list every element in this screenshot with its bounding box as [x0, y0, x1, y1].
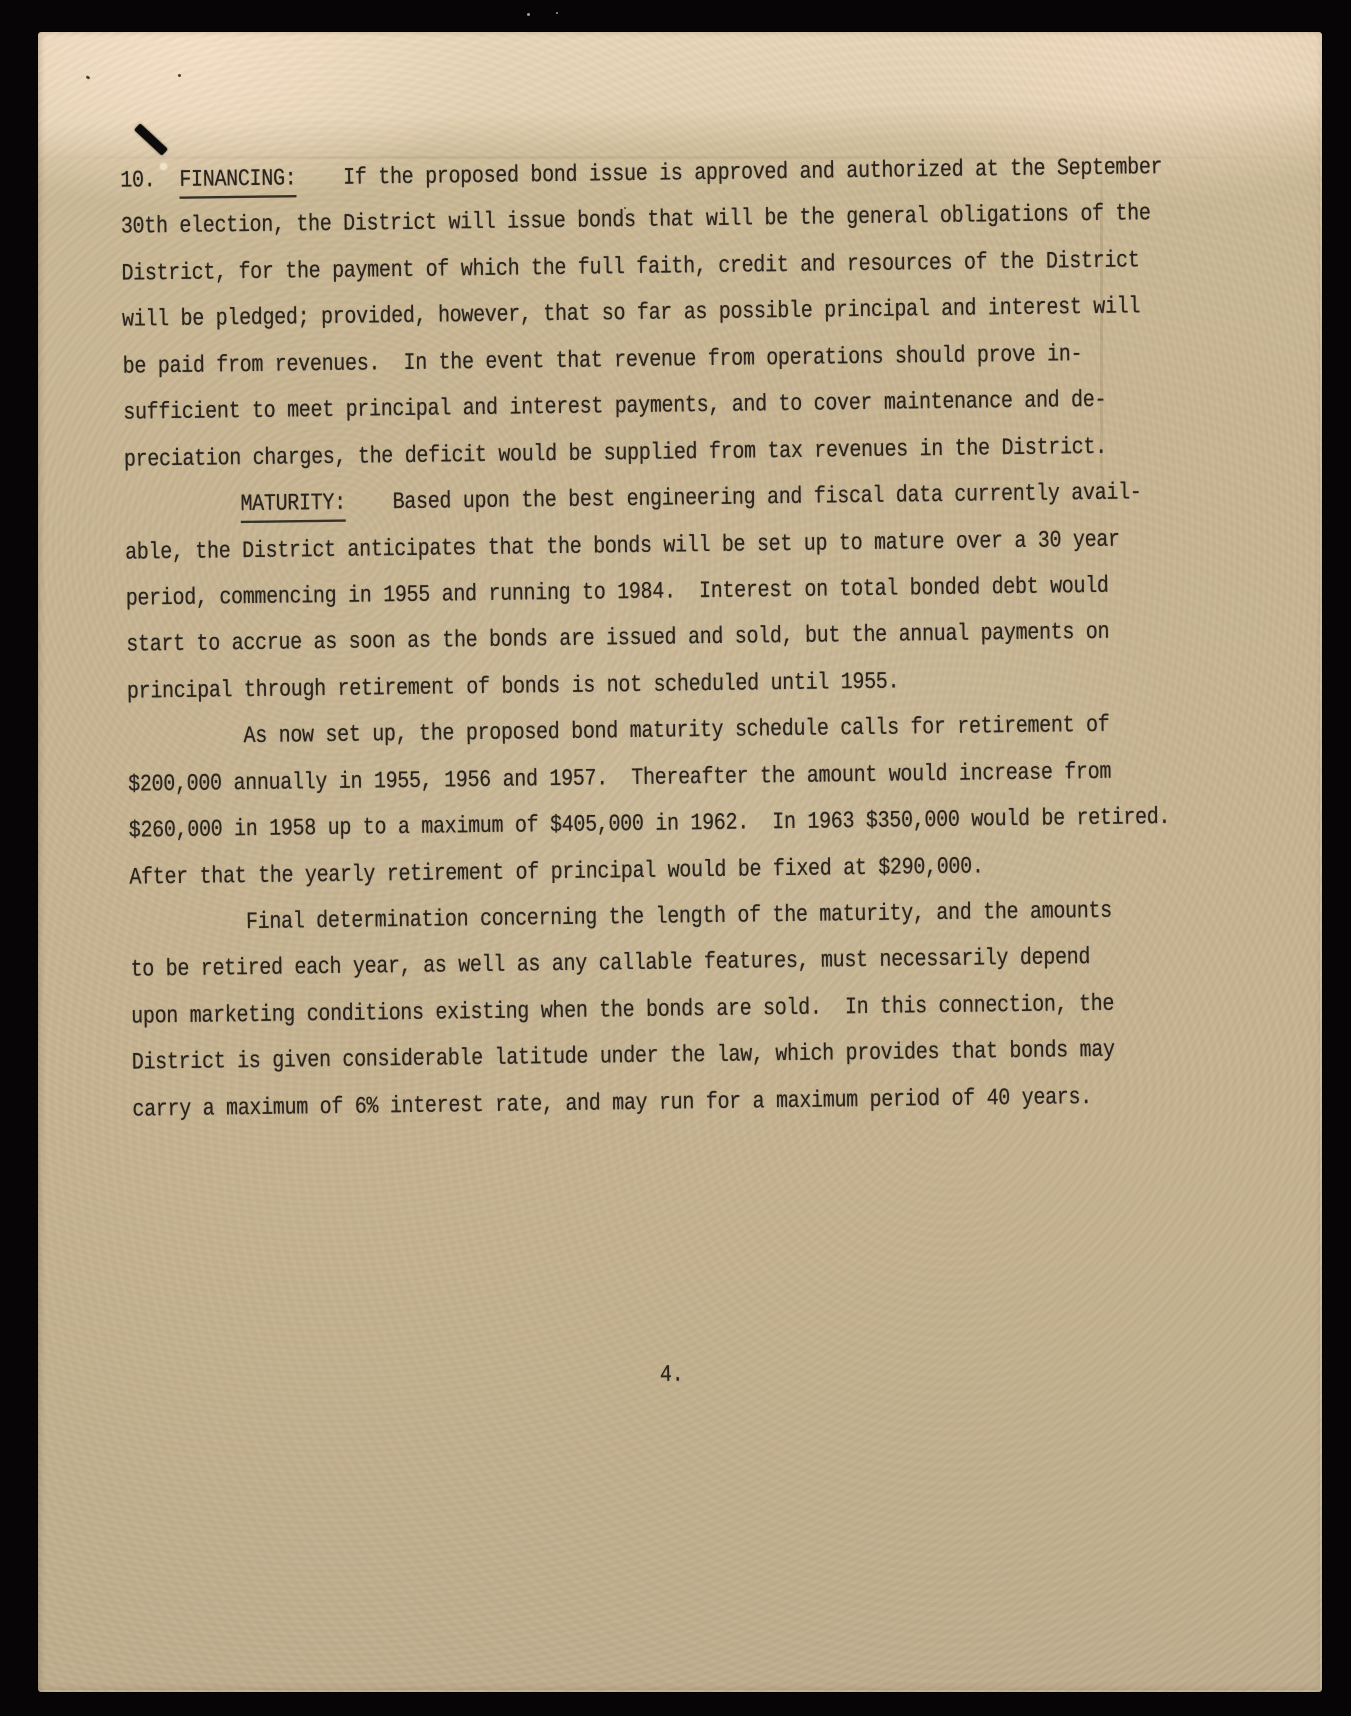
- typewritten-text-block: 10.FINANCING: If the proposed bond issue…: [120, 144, 1243, 1134]
- pen-stroke-mark: [134, 123, 168, 155]
- scanned-document-background: { "colors": { "background": "#070505", "…: [0, 0, 1351, 1716]
- page-number: 4.: [660, 1362, 684, 1389]
- dust-speck: [527, 13, 530, 16]
- financing-heading: FINANCING:: [179, 165, 296, 198]
- paper-speck: [86, 75, 91, 80]
- document-page: 10.FINANCING: If the proposed bond issue…: [38, 32, 1322, 1692]
- section-number: 10.: [120, 167, 155, 195]
- dust-speck: [556, 12, 558, 14]
- text-run: If the proposed bond issue is approved a…: [296, 154, 1162, 192]
- text-run: Based upon the best engineering and fisc…: [346, 480, 1142, 518]
- paper-speck: [178, 74, 181, 77]
- maturity-heading: MATURITY:: [240, 490, 346, 523]
